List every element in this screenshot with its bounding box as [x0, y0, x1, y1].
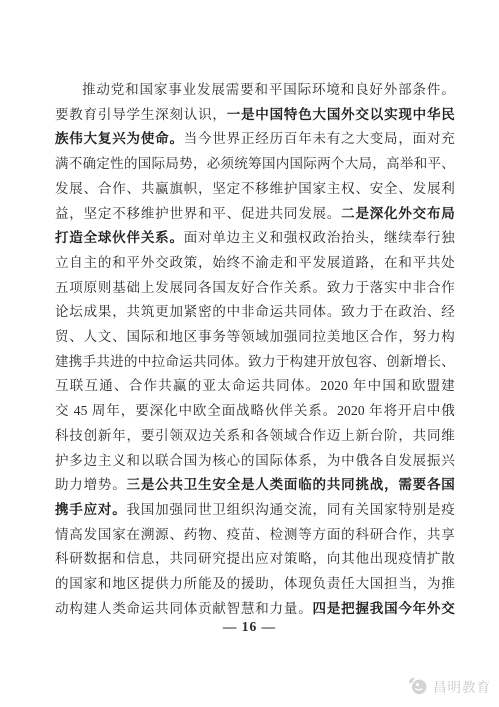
body-text-segment: 护多边主义和以联合国为核心的国际体系，为中俄各自发展振兴: [55, 453, 455, 468]
body-text-segment: 贸、人文、国际和地区事务等领域加强同拉美地区合作，努力构: [55, 329, 455, 344]
document-page: 推动党和国家事业发展需要和平国际环境和良好外部条件。要教育引导学生深刻认识，一是…: [0, 0, 499, 707]
body-text-segment: 当今世界正经历百年未有之大变局，面对充: [184, 131, 455, 146]
body-text-segment: 要教育引导学生深刻认识，: [55, 107, 227, 122]
body-text-segment: 交 45 周年，要深化中欧全面战略伙伴关系。2020 年将开启中俄: [55, 403, 455, 418]
text-line: 立自主的和平外交政策，始终不渝走和平发展道路，在和平共处: [55, 251, 455, 276]
emphasis-text: 族伟大复兴为使命。: [55, 131, 184, 146]
text-line: 交 45 周年，要深化中欧全面战略伙伴关系。2020 年将开启中俄: [55, 399, 455, 424]
text-line: 益，坚定不移维护世界和平、促进共同发展。二是深化外交布局: [55, 202, 455, 227]
text-line: 满不确定性的国际局势，必须统筹国内国际两个大局，高举和平、: [55, 152, 455, 177]
body-text-segment: 科技创新年，要引领双边关系和各领域合作迈上新台阶，共同维: [55, 428, 455, 443]
body-text-segment: 论坛成果，共筑更加紧密的中非命运共同体。致力于在政治、经: [55, 304, 455, 319]
watermark: 昌明教育: [406, 676, 491, 696]
text-line: 互联互通、合作共赢的亚太命运共同体。2020 年中国和欧盟建: [55, 374, 455, 399]
body-text-segment: 动构建人类命运共同体贡献智慧和力量。: [55, 601, 313, 616]
emphasis-text: 二是深化外交布局: [341, 206, 455, 221]
text-line: 贸、人文、国际和地区事务等领域加强同拉美地区合作，努力构: [55, 325, 455, 350]
emphasis-text: 四是把握我国今年外交: [313, 601, 455, 616]
text-line: 的国家和地区提供力所能及的援助，体现负责任大国担当，为推: [55, 572, 455, 597]
body-text-segment: 互联互通、合作共赢的亚太命运共同体。2020 年中国和欧盟建: [55, 378, 455, 393]
body-text-segment: 我国加强同世卫组织沟通交流，同有关国家特别是疫: [127, 502, 455, 517]
text-line: 发展、合作、共赢旗帜，坚定不移维护国家主权、安全、发展利: [55, 177, 455, 202]
body-text-segment: 立自主的和平外交政策，始终不渝走和平发展道路，在和平共处: [55, 255, 455, 270]
text-line: 要教育引导学生深刻认识，一是中国特色大国外交以实现中华民: [55, 103, 455, 128]
body-text: 推动党和国家事业发展需要和平国际环境和良好外部条件。要教育引导学生深刻认识，一是…: [55, 78, 455, 621]
body-text-segment: 的国家和地区提供力所能及的援助，体现负责任大国担当，为推: [55, 576, 455, 591]
text-line: 论坛成果，共筑更加紧密的中非命运共同体。致力于在政治、经: [55, 300, 455, 325]
body-text-segment: 益，坚定不移维护世界和平、促进共同发展。: [55, 206, 341, 221]
body-text-segment: 面对单边主义和强权政治抬头，继续奉行独: [184, 230, 455, 245]
body-text-segment: 建携手共进的中拉命运共同体。致力于构建开放包容、创新增长、: [55, 354, 455, 369]
text-line: 助力增势。三是公共卫生安全是人类面临的共同挑战，需要各国: [55, 473, 455, 498]
emphasis-text: 携手应对。: [55, 502, 127, 517]
body-text-segment: 满不确定性的国际局势，必须统筹国内国际两个大局，高举和平、: [55, 156, 455, 171]
emphasis-text: 打造全球伙伴关系。: [55, 230, 184, 245]
text-line: 护多边主义和以联合国为核心的国际体系，为中俄各自发展振兴: [55, 449, 455, 474]
text-line: 携手应对。我国加强同世卫组织沟通交流，同有关国家特别是疫: [55, 498, 455, 523]
body-text-segment: 推动党和国家事业发展需要和平国际环境和良好外部条件。: [82, 82, 455, 97]
text-line: 建携手共进的中拉命运共同体。致力于构建开放包容、创新增长、: [55, 350, 455, 375]
page-number: — 16 —: [0, 619, 499, 635]
text-line: 动构建人类命运共同体贡献智慧和力量。四是把握我国今年外交: [55, 597, 455, 622]
text-line: 情高发国家在溯源、药物、疫苗、检测等方面的科研合作，共享: [55, 523, 455, 548]
body-text-segment: 助力增势。: [55, 477, 127, 492]
watermark-text: 昌明教育: [433, 676, 491, 696]
text-line: 五项原则基础上发展同各国友好合作关系。致力于落实中非合作: [55, 276, 455, 301]
emphasis-text: 三是公共卫生安全是人类面临的共同挑战，需要各国: [127, 477, 455, 492]
body-text-segment: 情高发国家在溯源、药物、疫苗、检测等方面的科研合作，共享: [55, 527, 455, 542]
body-text-segment: 发展、合作、共赢旗帜，坚定不移维护国家主权、安全、发展利: [55, 181, 455, 196]
text-line: 推动党和国家事业发展需要和平国际环境和良好外部条件。: [55, 78, 455, 103]
text-line: 科技创新年，要引领双边关系和各领域合作迈上新台阶，共同维: [55, 424, 455, 449]
mascot-icon: [406, 676, 428, 696]
emphasis-text: 一是中国特色大国外交以实现中华民: [227, 107, 455, 122]
body-text-segment: 科研数据和信息，共同研究提出应对策略，向其他出现疫情扩散: [55, 551, 455, 566]
body-text-segment: 五项原则基础上发展同各国友好合作关系。致力于落实中非合作: [55, 280, 455, 295]
text-line: 族伟大复兴为使命。当今世界正经历百年未有之大变局，面对充: [55, 127, 455, 152]
text-line: 打造全球伙伴关系。面对单边主义和强权政治抬头，继续奉行独: [55, 226, 455, 251]
text-line: 科研数据和信息，共同研究提出应对策略，向其他出现疫情扩散: [55, 547, 455, 572]
